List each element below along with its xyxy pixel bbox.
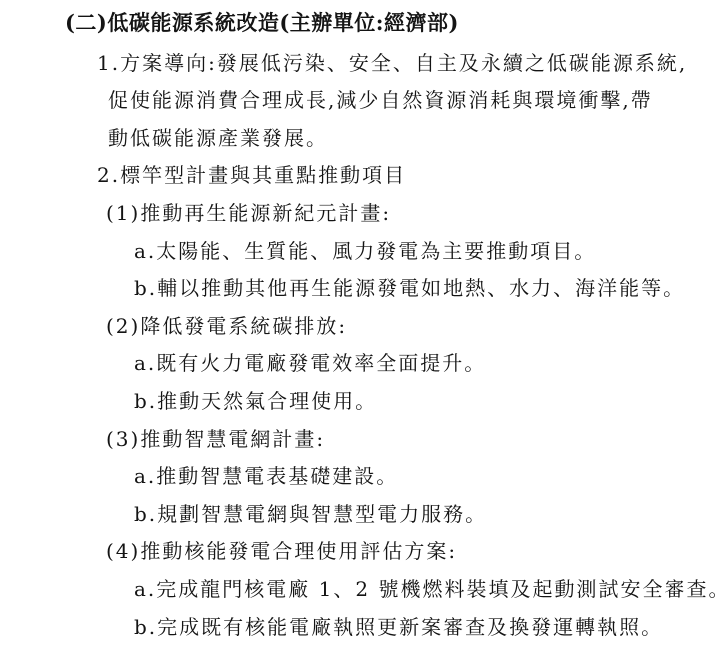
doc-line-item4-title: (4)推動核能發電合理使用評估方案: (106, 533, 720, 571)
doc-line-item3-a: a.推動智慧電表基礎建設。 (134, 458, 720, 496)
doc-line-item3-b: b.規劃智慧電網與智慧型電力服務。 (134, 496, 720, 534)
doc-line-item1-title: (1)推動再生能源新紀元計畫: (106, 195, 720, 233)
doc-line-item1-b: b.輔以推動其他再生能源發電如地熱、水力、海洋能等。 (134, 270, 720, 308)
section-heading: (二)低碳能源系統改造(主辦單位:經濟部) (65, 4, 720, 42)
doc-line-item4-b: b.完成既有核能電廠執照更新案審查及換發運轉執照。 (134, 609, 720, 647)
doc-line-item2-title: (2)降低發電系統碳排放: (106, 308, 720, 346)
doc-line-benchmark-plans-title: 2.標竿型計畫與其重點推動項目 (97, 157, 720, 195)
doc-line-program-direction: 1.方案導向:發展低污染、安全、自主及永續之低碳能源系統, (97, 45, 720, 83)
document-page: (二)低碳能源系統改造(主辦單位:經濟部) 1.方案導向:發展低污染、安全、自主… (0, 4, 720, 664)
doc-line-item2-b: b.推動天然氣合理使用。 (134, 383, 720, 421)
doc-line-item1-a: a.太陽能、生質能、風力發電為主要推動項目。 (134, 233, 720, 271)
doc-line-program-direction-cont1: 促使能源消費合理成長,減少自然資源消耗與環境衝擊,帶 (108, 82, 720, 120)
doc-line-item2-a: a.既有火力電廠發電效率全面提升。 (134, 345, 720, 383)
doc-line-program-direction-cont2: 動低碳能源產業發展。 (108, 120, 720, 158)
doc-line-item3-title: (3)推動智慧電網計畫: (106, 421, 720, 459)
doc-line-item4-a: a.完成龍門核電廠 1、2 號機燃料裝填及起動測試安全審查。 (134, 571, 720, 609)
